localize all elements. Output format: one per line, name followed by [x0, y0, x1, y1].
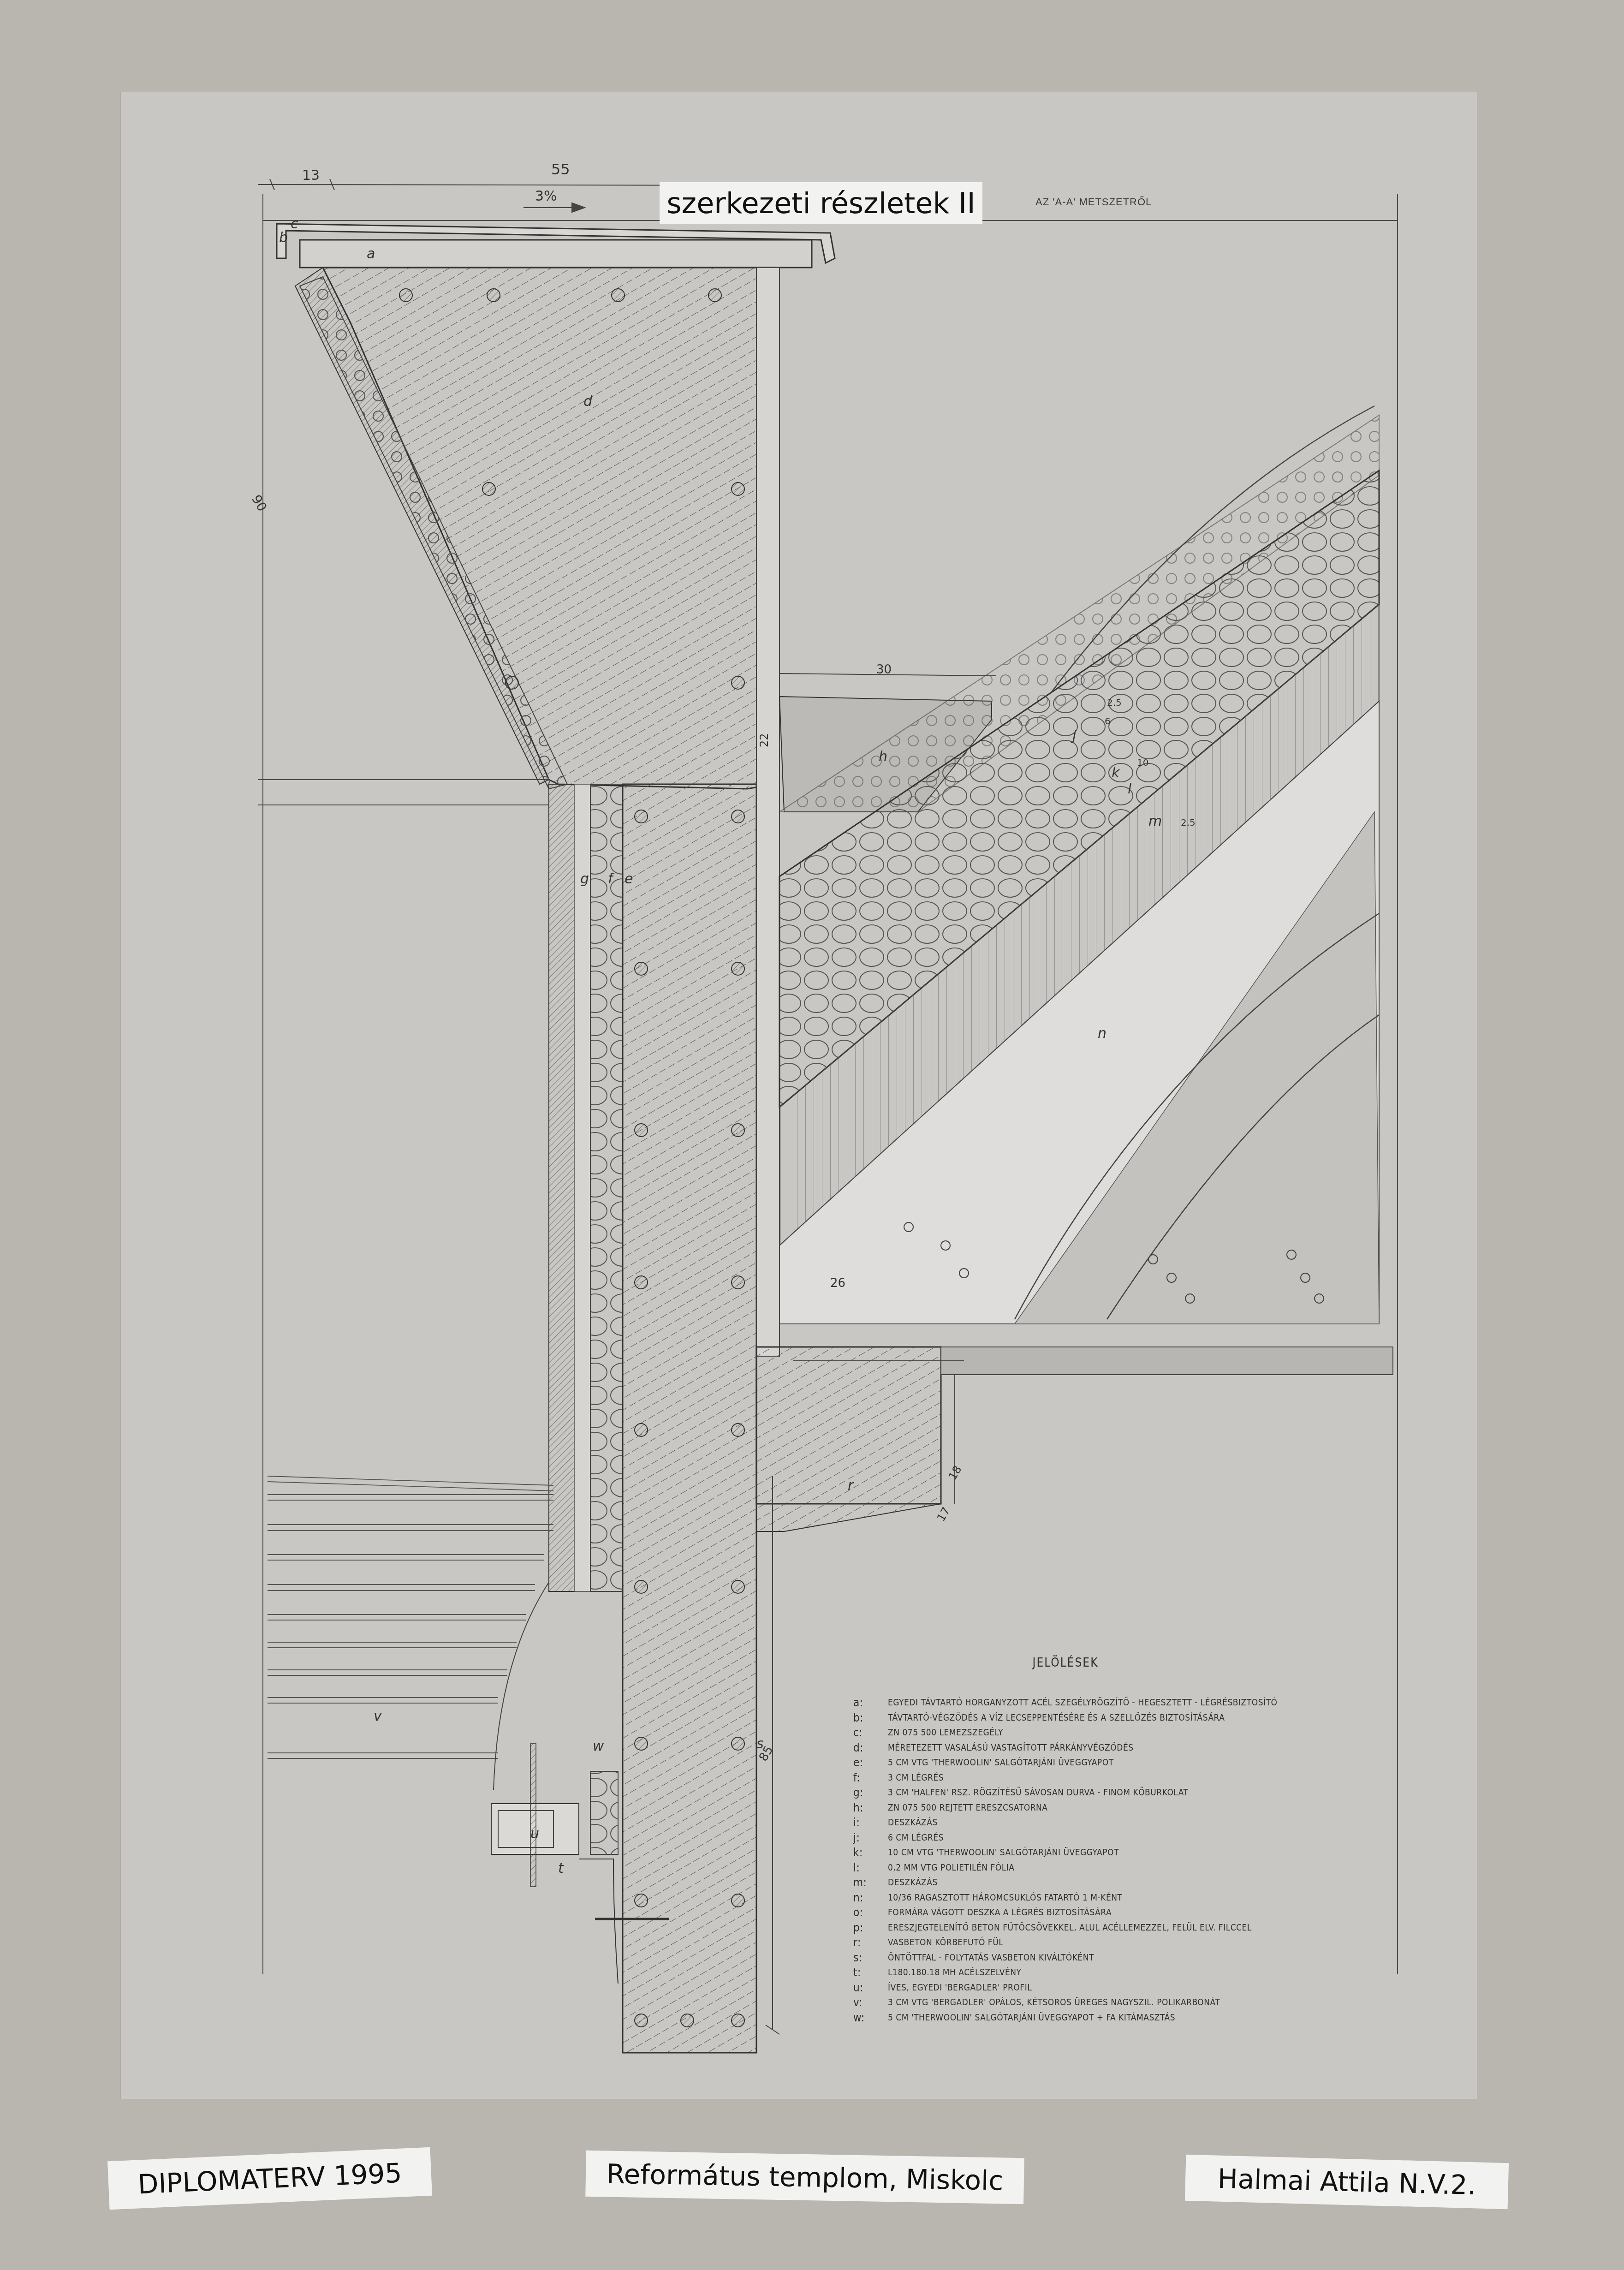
legend-key: c: [853, 1725, 888, 1740]
legend-text: 10/36 RAGASZTOTT HÁROMCSUKLÓS FATARTÓ 1 … [888, 1890, 1407, 1906]
coping-flashing [277, 224, 835, 268]
legend-item: w:5 CM 'THERWOOLIN' SALGÓTARJÁNI ÜVEGGYA… [853, 2010, 1407, 2026]
legend-key: r: [853, 1935, 888, 1950]
legend-item: i:DESZKÁZÁS [853, 1815, 1407, 1830]
footer-label-project: Református templom, Miskolc [585, 2151, 1024, 2204]
legend-key: l: [853, 1860, 888, 1876]
legend-key: k: [853, 1845, 888, 1860]
legend-key: g: [853, 1785, 888, 1800]
legend-key: n: [853, 1890, 888, 1906]
legend-title: JELÖLÉSEK [724, 1656, 1407, 1670]
legend-text: 5 CM VTG 'THERWOOLIN' SALGÓTARJÁNI ÜVEGG… [888, 1755, 1407, 1770]
legend-item: v:3 CM VTG 'BERGADLER' OPÁLOS, KÉTSOROS … [853, 1995, 1407, 2010]
legend-key: d: [853, 1740, 888, 1756]
vault-edge [494, 1582, 549, 1790]
roof-assembly [779, 415, 1379, 1324]
legend-key: b: [853, 1710, 888, 1726]
dim-6: 6 [1105, 715, 1111, 727]
legend-item: d:MÉRETEZETT VASALÁSÚ VASTAGÍTOTT PÁRKÁN… [853, 1740, 1407, 1756]
legend-key: i: [853, 1815, 888, 1830]
legend-text: L180.180.18 MH ACÉLSZELVÉNY [888, 1965, 1407, 1980]
section-reference-note: AZ 'A-A' METSZETRŐL [1035, 196, 1152, 208]
legend-item: f:3 CM LÉGRÉS [853, 1770, 1407, 1786]
legend-text: 5 CM 'THERWOOLIN' SALGÓTARJÁNI ÜVEGGYAPO… [888, 2010, 1407, 2026]
dim-22: 22 [758, 733, 771, 747]
legend-item: s:ÖNTÖTTFAL - FOLYTATÁS VASBETON KIVÁLTÓ… [853, 1950, 1407, 1966]
legend-item: e:5 CM VTG 'THERWOOLIN' SALGÓTARJÁNI ÜVE… [853, 1755, 1407, 1770]
legend-text: ÖNTÖTTFAL - FOLYTATÁS VASBETON KIVÁLTÓKÉ… [888, 1950, 1407, 1966]
legend-text: 3 CM LÉGRÉS [888, 1770, 1407, 1786]
label-h: h [879, 749, 887, 765]
legend-key: m: [853, 1875, 888, 1890]
dim-2-5-top: 2.5 [1107, 697, 1122, 708]
legend-text: ERESZJEGTELENÍTŐ BETON FŰTŐCSÖVEKKEL, AL… [888, 1920, 1407, 1936]
label-l: l [1128, 781, 1132, 797]
legend-item: b:TÁVTARTÓ-VÉGZŐDÉS A VÍZ LECSEPPENTÉSÉR… [853, 1710, 1407, 1726]
legend-text: 3 CM VTG 'BERGADLER' OPÁLOS, KÉTSOROS ÜR… [888, 1995, 1407, 2010]
label-e: e [625, 871, 633, 887]
dim-55: 55 [551, 161, 570, 178]
label-u: u [530, 1826, 539, 1842]
legend-item: p:ERESZJEGTELENÍTŐ BETON FŰTŐCSÖVEKKEL, … [853, 1920, 1407, 1936]
dim-17: 17 [934, 1505, 953, 1524]
label-m: m [1148, 813, 1162, 829]
legend-key: w: [853, 2010, 888, 2026]
label-n: n [1098, 1025, 1106, 1042]
dim-26: 26 [830, 1276, 845, 1290]
label-v: v [374, 1708, 382, 1724]
label-s: s [756, 1736, 764, 1752]
legend-key: a: [853, 1695, 888, 1710]
legend-item: t:L180.180.18 MH ACÉLSZELVÉNY [853, 1965, 1407, 1980]
legend-text: 10 CM VTG 'THERWOOLIN' SALGÓTARJÁNI ÜVEG… [888, 1845, 1407, 1860]
legend-key: t: [853, 1965, 888, 1980]
legend-item: a:EGYEDI TÁVTARTÓ HORGANYZOTT ACÉL SZEGÉ… [853, 1695, 1407, 1710]
legend-list: a:EGYEDI TÁVTARTÓ HORGANYZOTT ACÉL SZEGÉ… [853, 1695, 1407, 2025]
footer-label-author: Halmai Attila N.V.2. [1185, 2155, 1509, 2209]
legend-item: l:0,2 MM VTG POLIETILÉN FÓLIA [853, 1860, 1407, 1876]
legend: JELÖLÉSEK a:EGYEDI TÁVTARTÓ HORGANYZOTT … [853, 1656, 1407, 2025]
sheet-title: szerkezeti részletek II [660, 182, 982, 224]
dim-18: 18 [946, 1464, 964, 1482]
legend-text: DESZKÁZÁS [888, 1815, 1407, 1830]
label-d: d [583, 393, 593, 410]
label-g: g [580, 871, 589, 887]
dim-30: 30 [876, 663, 892, 677]
label-w: w [593, 1738, 604, 1754]
label-t: t [558, 1860, 564, 1877]
legend-item: o:FORMÁRA VÁGOTT DESZKA A LÉGRÉS BIZTOSÍ… [853, 1905, 1407, 1920]
legend-text: 6 CM LÉGRÉS [888, 1830, 1407, 1846]
label-c: c [291, 216, 298, 232]
legend-text: ZN 075 500 REJTETT EREszCSATORNA [888, 1800, 1407, 1816]
legend-item: n:10/36 RAGASZTOTT HÁROMCSUKLÓS FATARTÓ … [853, 1890, 1407, 1906]
legend-text: 0,2 MM VTG POLIETILÉN FÓLIA [888, 1860, 1407, 1876]
legend-text: TÁVTARTÓ-VÉGZŐDÉS A VÍZ LECSEPPENTÉSÉRE … [888, 1710, 1407, 1726]
legend-key: f: [853, 1770, 888, 1786]
legend-text: MÉRETEZETT VASALÁSÚ VASTAGÍTOTT PÁRKÁNYV… [888, 1740, 1407, 1756]
legend-text: DESZKÁZÁS [888, 1875, 1407, 1890]
legend-text: VASBETON KÖRBEFUTÓ FÜL [888, 1935, 1407, 1950]
label-r: r [848, 1478, 854, 1494]
label-a: a [367, 246, 375, 262]
legend-key: p: [853, 1920, 888, 1936]
label-b: b [279, 230, 288, 246]
legend-text: FORMÁRA VÁGOTT DESZKA A LÉGRÉS BIZTOSÍTÁ… [888, 1905, 1407, 1920]
dim-13: 13 [302, 167, 320, 184]
dim-10: 10 [1137, 757, 1148, 768]
legend-item: m:DESZKÁZÁS [853, 1875, 1407, 1890]
label-k: k [1112, 765, 1120, 781]
polycarbonate-glazing [268, 1476, 553, 1758]
legend-item: j:6 CM LÉGRÉS [853, 1830, 1407, 1846]
support-beam [756, 1347, 1393, 1531]
legend-item: g:3 CM 'HALFEN' RSZ. RÖGZÍTÉSŰ SÁVOSAN D… [853, 1785, 1407, 1800]
legend-text: 3 CM 'HALFEN' RSZ. RÖGZÍTÉSŰ SÁVOSAN DUR… [888, 1785, 1407, 1800]
legend-item: c:ZN 075 500 LEMEZSZEGÉLY [853, 1725, 1407, 1740]
dim-90: 90 [249, 492, 270, 514]
legend-key: o: [853, 1905, 888, 1920]
legend-key: j: [853, 1830, 888, 1846]
legend-key: h: [853, 1800, 888, 1816]
legend-key: v: [853, 1995, 888, 2010]
dim-2-5-bottom: 2.5 [1181, 817, 1196, 828]
legend-key: s: [853, 1950, 888, 1966]
legend-item: k:10 CM VTG 'THERWOOLIN' SALGÓTARJÁNI ÜV… [853, 1845, 1407, 1860]
legend-key: e: [853, 1755, 888, 1770]
legend-item: u:ÍVES, EGYEDI 'BERGADLER' PROFIL [853, 1980, 1407, 1996]
legend-key: u: [853, 1980, 888, 1996]
legend-text: EGYEDI TÁVTARTÓ HORGANYZOTT ACÉL SZEGÉLY… [888, 1695, 1407, 1710]
legend-item: r:VASBETON KÖRBEFUTÓ FÜL [853, 1935, 1407, 1950]
concrete-cornice [295, 268, 775, 789]
legend-item: h:ZN 075 500 REJTETT EREszCSATORNA [853, 1800, 1407, 1816]
legend-text: ÍVES, EGYEDI 'BERGADLER' PROFIL [888, 1980, 1407, 1996]
legend-text: ZN 075 500 LEMEZSZEGÉLY [888, 1725, 1407, 1740]
slope-label: 3% [535, 188, 557, 204]
